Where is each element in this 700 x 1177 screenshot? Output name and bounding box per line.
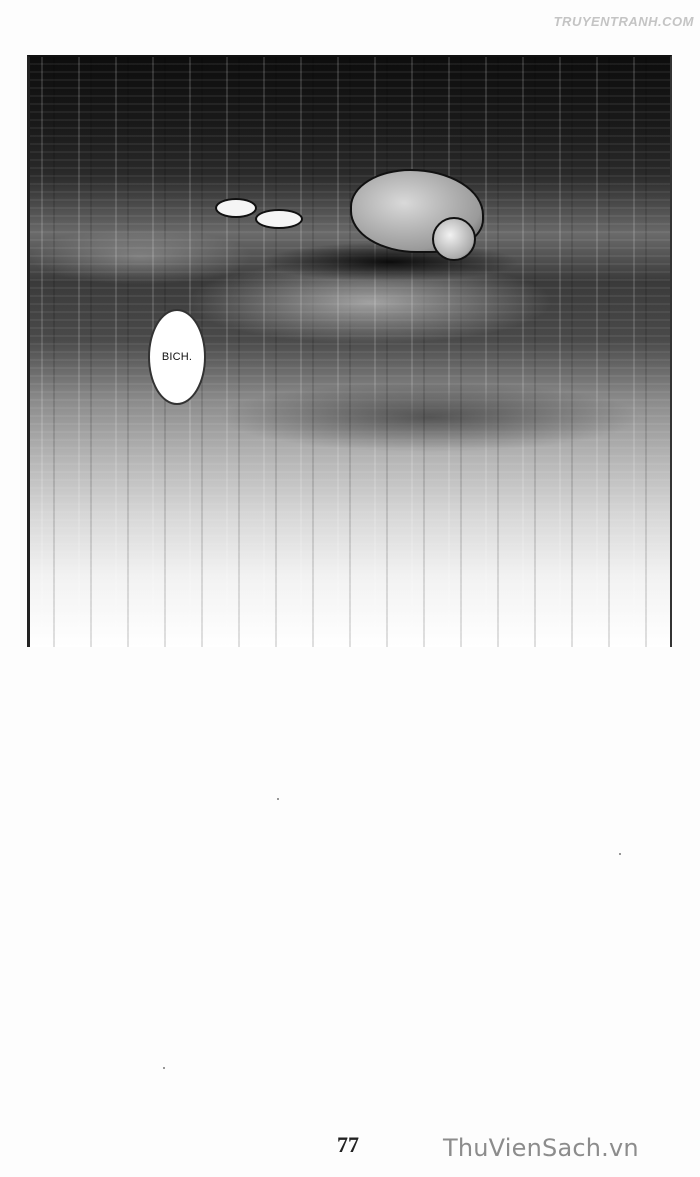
speech-bubble: BICH. (148, 309, 206, 405)
scan-speck (619, 853, 621, 855)
shoe-left (215, 198, 257, 218)
scan-speck (277, 798, 279, 800)
speech-bubble-text: BICH. (162, 351, 192, 363)
page-number: 77 (337, 1132, 359, 1158)
shoe-right (255, 209, 303, 229)
fallen-figure (320, 169, 480, 264)
scan-speck (163, 1067, 165, 1069)
figure-head (432, 217, 476, 261)
manga-panel: BICH. (27, 55, 672, 647)
truyentranh-watermark: TRUYENTRANH.COM (554, 14, 694, 29)
thuviensach-watermark: ThuVienSach.vn (443, 1134, 639, 1162)
